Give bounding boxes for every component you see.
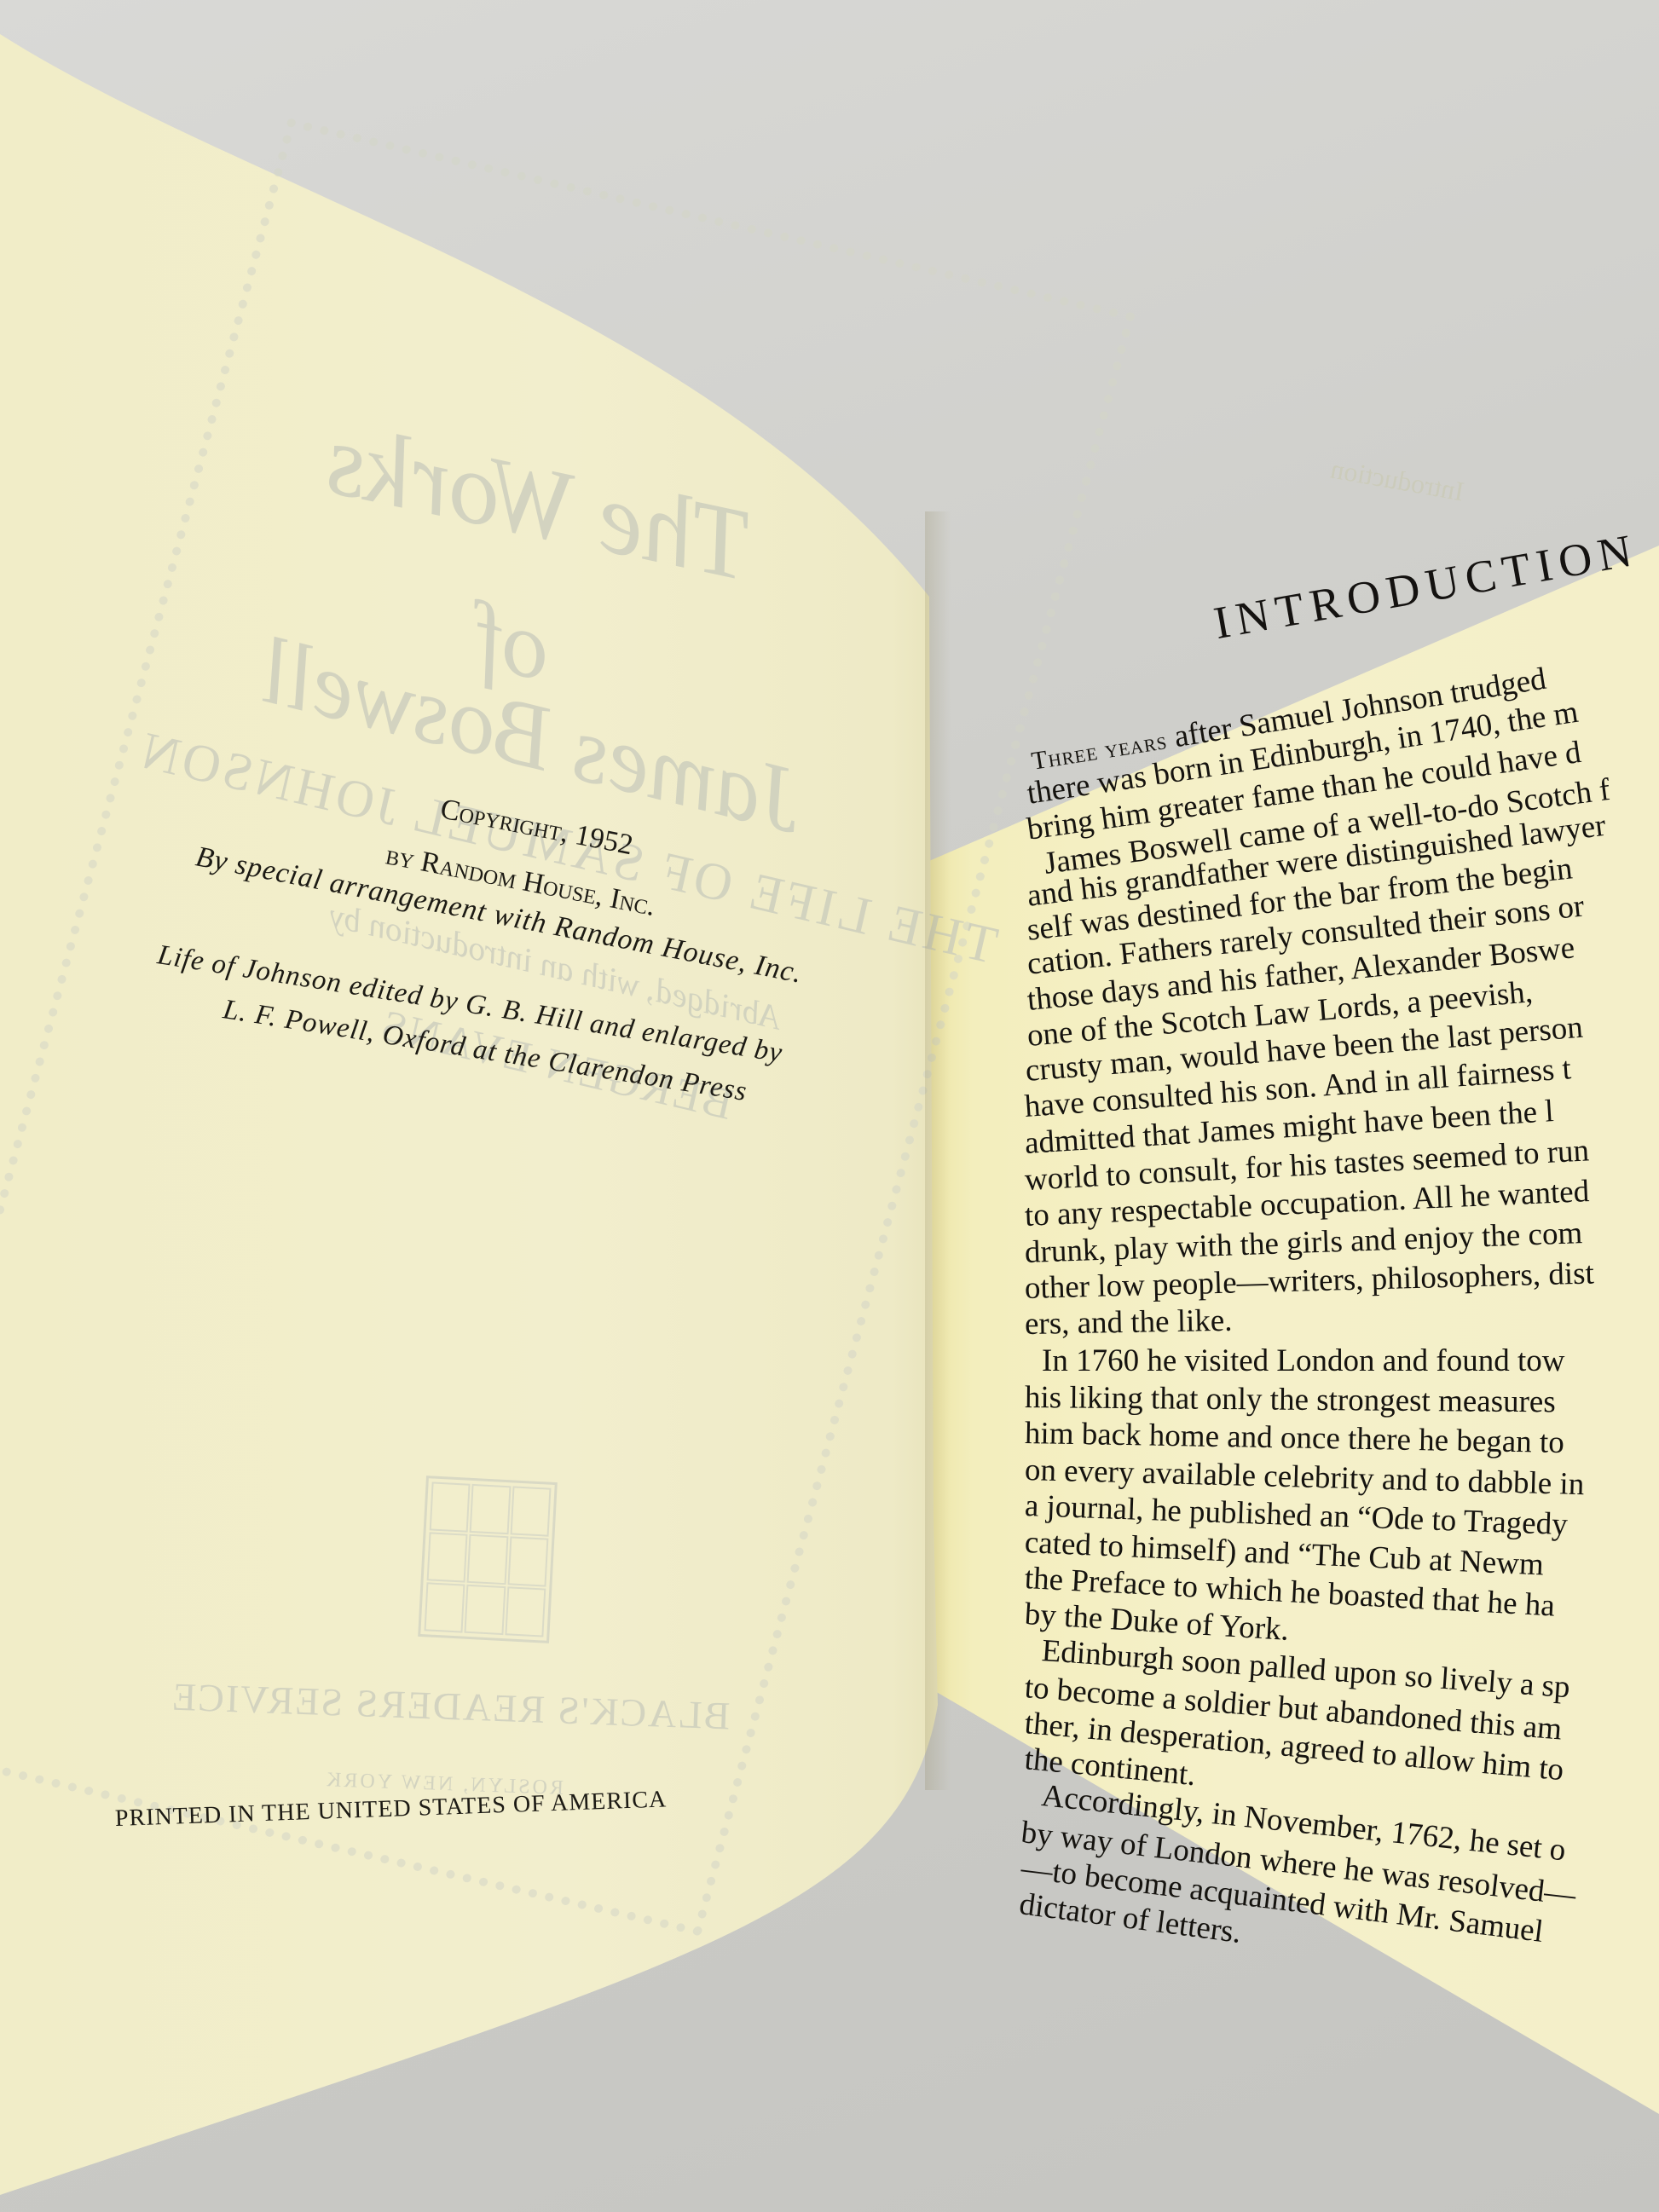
- body-line: his liking that only the strongest measu…: [1025, 1379, 1556, 1420]
- show-through-running-header: Introduction: [1328, 453, 1466, 508]
- body-line: In 1760 he visited London and found tow: [1042, 1343, 1565, 1379]
- publisher-logo-icon: [418, 1476, 558, 1643]
- book-gutter-shadow: [925, 511, 951, 1790]
- body-line: ers, and the like.: [1025, 1302, 1233, 1343]
- book-photo: The Works of James Boswell THE LIFE OF S…: [0, 0, 1659, 2212]
